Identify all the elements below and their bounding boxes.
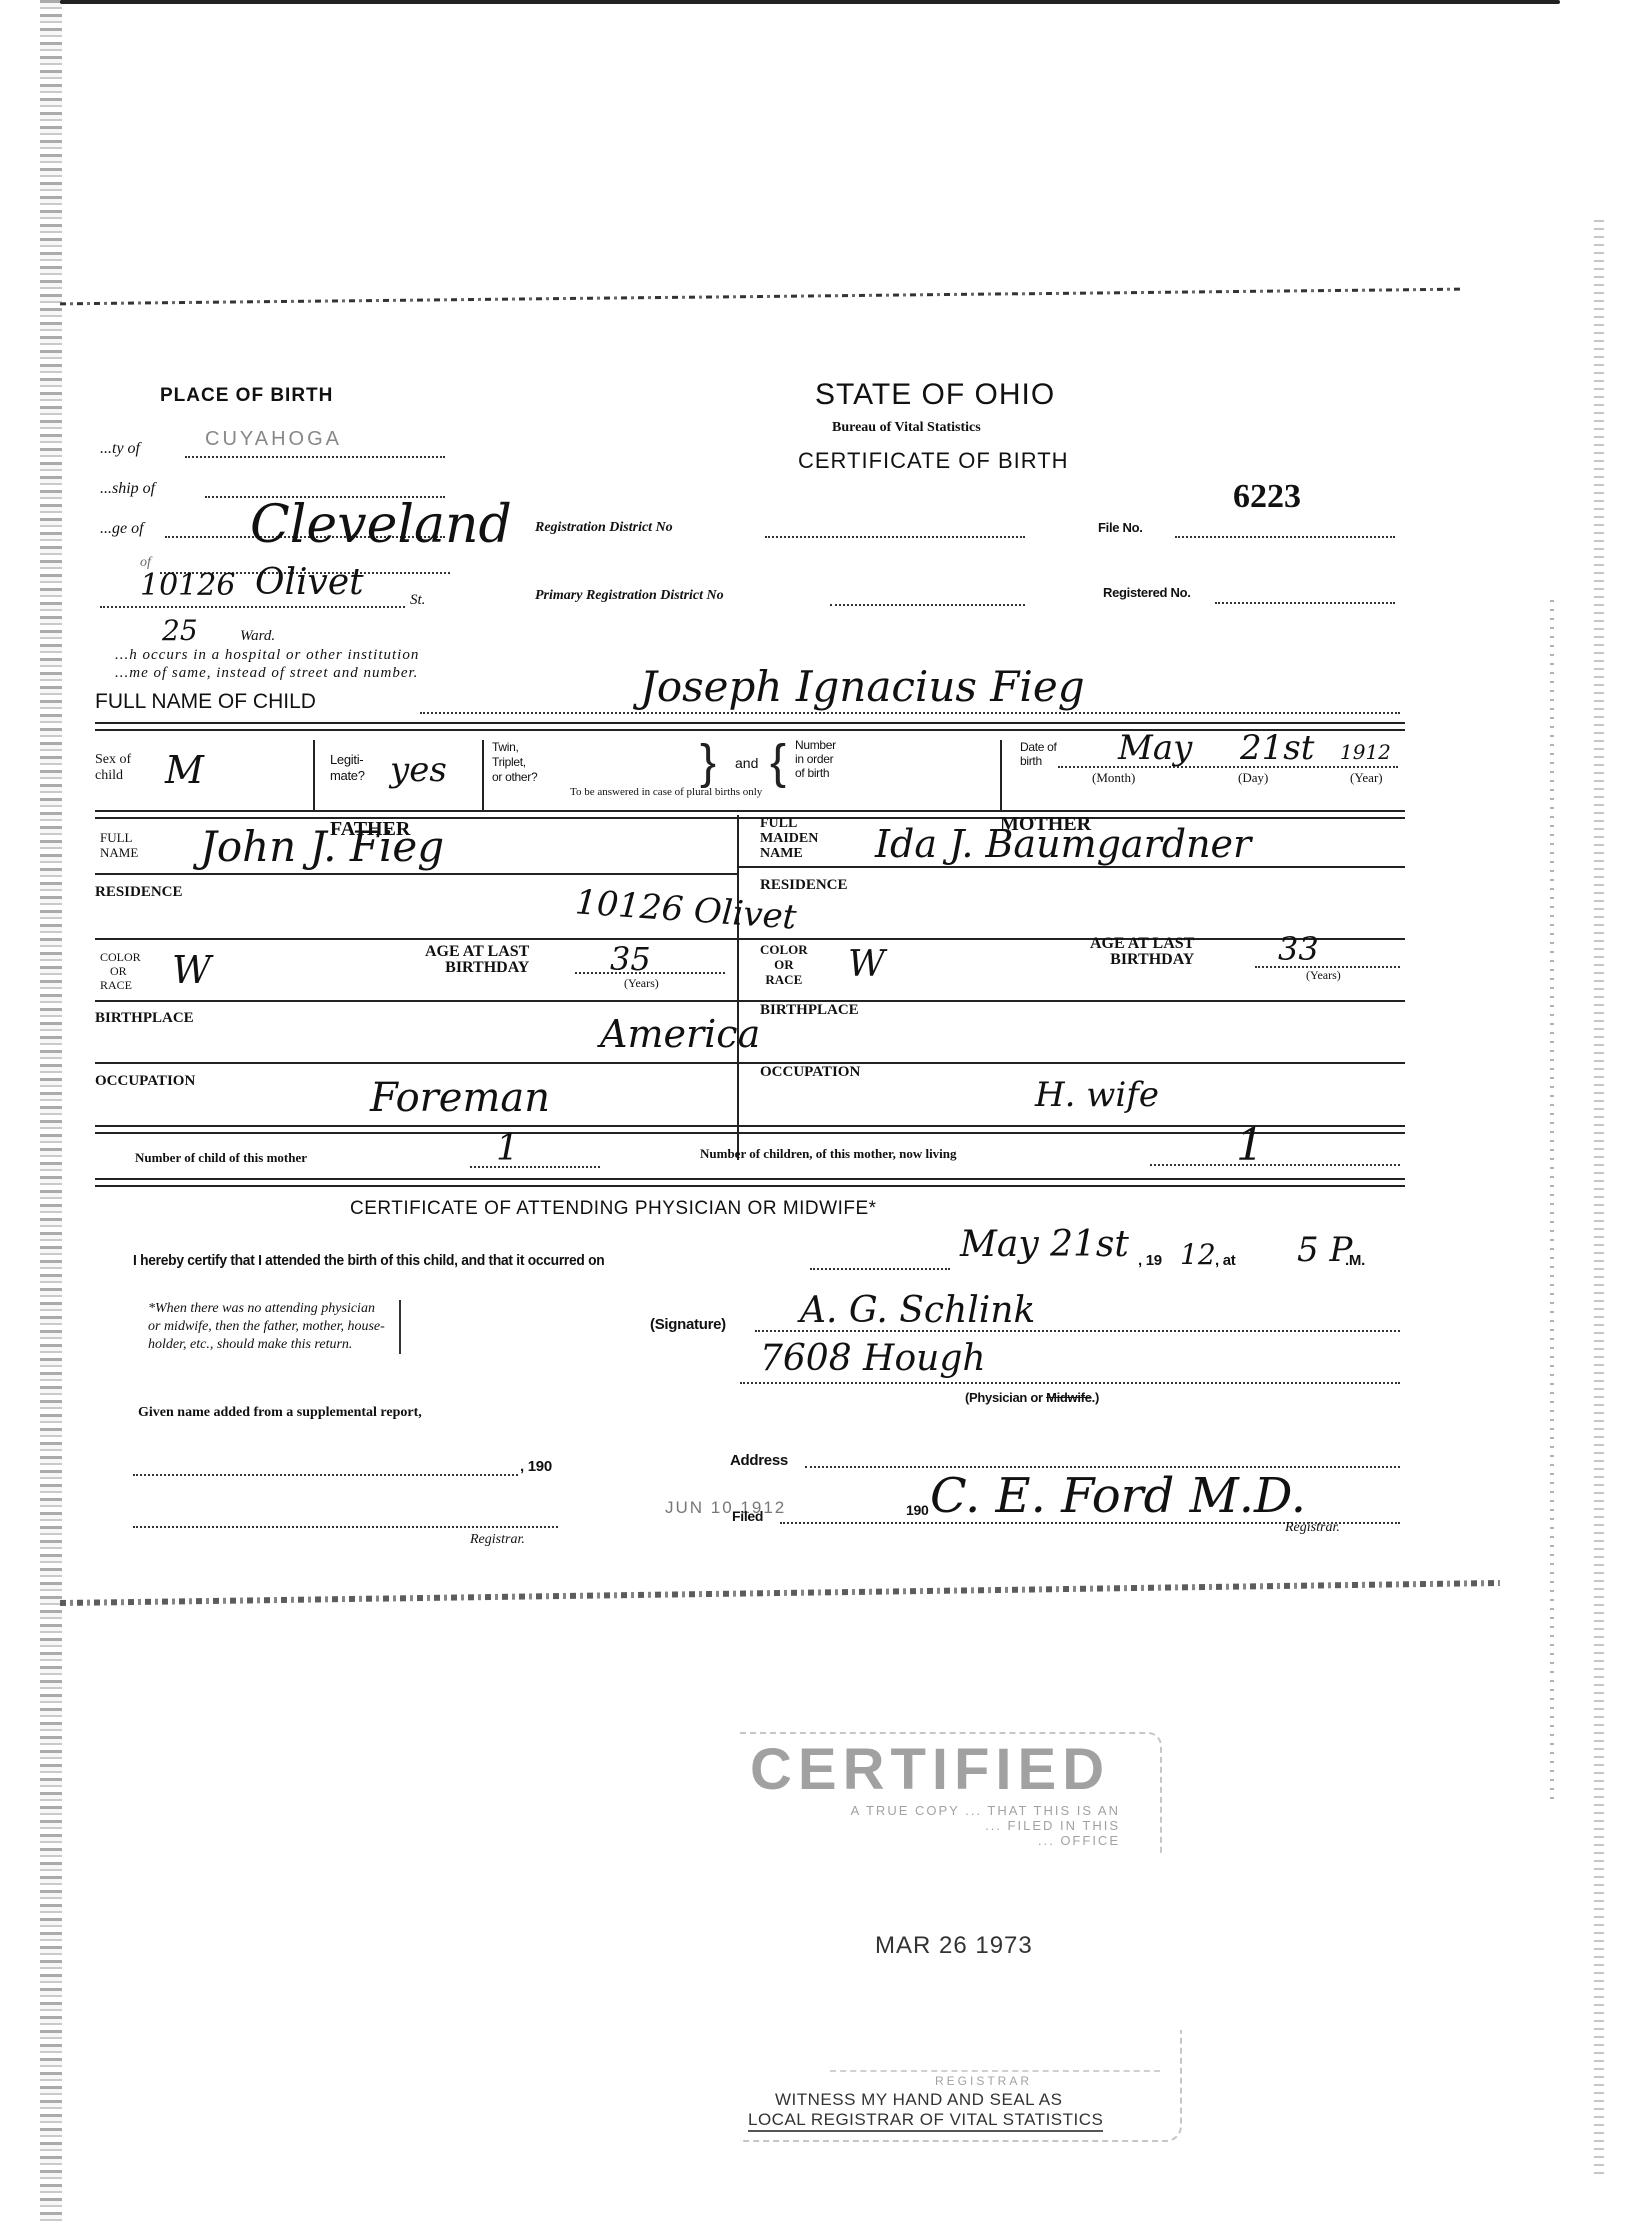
legitimate-label: Legiti- mate? (330, 752, 365, 784)
divider-child-name (95, 722, 1405, 731)
filed-year-prefix: 190 (906, 1502, 928, 1518)
address-label: Address (730, 1452, 788, 1469)
mother-color-label-line1: COLOR (760, 942, 808, 957)
dob-label: Date of birth (1020, 740, 1057, 768)
sex-label-line2: child (95, 768, 131, 784)
divider-residence (95, 938, 1405, 940)
mother-age-label-line2: BIRTHDAY (1090, 952, 1194, 968)
village-label: ...ge of (100, 520, 144, 538)
and-label: and (735, 755, 758, 771)
street-number-value: 10126 (140, 568, 235, 603)
state-title: STATE OF OHIO (815, 378, 1055, 412)
ward-label: Ward. (240, 628, 275, 645)
dob-label-line2: birth (1020, 754, 1057, 768)
primary-district-label: Primary Registration District No (535, 588, 724, 604)
divider-color (95, 1000, 1405, 1002)
mother-color-value: W (848, 944, 885, 985)
certify-year-value: 12 (1180, 1238, 1216, 1271)
child-name-label: FULL NAME OF CHILD (95, 690, 316, 714)
order-label: Number in order of birth (795, 738, 836, 780)
physician-section-title: CERTIFICATE OF ATTENDING PHYSICIAN OR MI… (350, 1198, 877, 1220)
divider-birthplace (95, 1062, 1405, 1064)
physician-caption: (Physician or Midwife.) (965, 1390, 1099, 1405)
mother-age-value: 33 (1278, 930, 1319, 968)
order-label-line3: of birth (795, 766, 836, 780)
dob-month-value: May (1118, 728, 1192, 768)
scan-right-edge-inner (1550, 600, 1554, 1800)
father-age-label: AGE AT LAST BIRTHDAY (425, 944, 529, 976)
filed-label: Filed (732, 1508, 763, 1524)
mother-color-label-line2: OR (760, 957, 808, 972)
dob-year-value: 1912 (1340, 740, 1391, 764)
physician-address-value: 7608 Hough (760, 1338, 986, 1379)
father-color-label-line2: OR (100, 964, 141, 978)
mother-color-label-line3: RACE (760, 972, 808, 987)
divider-children (95, 1178, 1405, 1187)
twin-label: Twin, Triplet, or other? (492, 740, 537, 785)
father-color-label: COLOR OR RACE (100, 950, 141, 992)
hospital-note-line2: ...me of same, instead of street and num… (115, 665, 418, 682)
father-name-label: FULL NAME (100, 830, 138, 860)
mother-birthplace-label: BIRTHPLACE (760, 1002, 859, 1019)
township-label: ...ship of (100, 480, 155, 498)
divider-child-details (95, 810, 1405, 819)
dob-day-value: 21st (1240, 728, 1314, 768)
certified-stamp-line3: ... OFFICE (740, 1833, 1160, 1848)
place-of-birth-title: PLACE OF BIRTH (160, 385, 333, 407)
children-living-field[interactable] (1150, 1160, 1400, 1166)
certify-time-suffix: .M. (1345, 1252, 1365, 1269)
certify-at-label: , at (1215, 1252, 1235, 1269)
certified-stamp-title: CERTIFIED (750, 1736, 1160, 1803)
mother-age-field[interactable] (1255, 956, 1400, 968)
dob-label-line1: Date of (1020, 740, 1057, 754)
certify-text: I hereby certify that I attended the bir… (133, 1252, 604, 1269)
file-number-value: 6223 (1233, 478, 1301, 516)
physician-caption-suffix: .) (1092, 1390, 1099, 1405)
filed-stamp-date: JUN 10 1912 (665, 1498, 786, 1518)
legitimate-label-line1: Legiti- (330, 752, 365, 768)
child-number-value: 1 (496, 1128, 519, 1169)
signature-label: (Signature) (650, 1316, 726, 1333)
certified-stamp-line2: ... FILED IN THIS (740, 1818, 1160, 1833)
street-suffix-label: St. (410, 592, 425, 609)
certified-date: MAR 26 1973 (875, 1932, 1033, 1960)
child-name-value: Joseph Ignacius Fieg (640, 662, 1085, 711)
mother-name-label-line3: NAME (760, 846, 818, 861)
legitimate-label-line2: mate? (330, 768, 365, 784)
divider-occupation (95, 1125, 1405, 1134)
no-physician-note-line3: holder, etc., should make this return. (148, 1336, 385, 1354)
father-color-label-line3: RACE (100, 978, 141, 992)
divider-legitimate (482, 740, 484, 810)
order-label-line2: in order (795, 752, 836, 766)
fold-line-top (60, 288, 1460, 306)
witness-line1: WITNESS MY HAND AND SEAL AS (775, 2090, 1062, 2110)
registrar-seal-signature-line (830, 2030, 1160, 2072)
signature-value: A. G. Schlink (800, 1290, 1035, 1331)
ward-value: 25 (162, 614, 198, 647)
registrar-seal-label: REGISTRAR (935, 2074, 1032, 2088)
witness-line2: LOCAL REGISTRAR OF VITAL STATISTICS (748, 2110, 1103, 2132)
supplemental-date-field[interactable] (133, 1470, 518, 1476)
mother-name-label-line2: MAIDEN (760, 831, 818, 846)
mother-occupation-value: H. wife (1035, 1075, 1159, 1115)
father-occupation-label: OCCUPATION (95, 1073, 195, 1090)
children-living-value: 1 (1236, 1120, 1264, 1171)
certified-stamp-line1: A TRUE COPY ... THAT THIS IS AN (740, 1803, 1160, 1818)
hospital-note-line1: ...h occurs in a hospital or other insti… (115, 647, 419, 664)
mother-name-label: FULL MAIDEN NAME (760, 816, 818, 861)
sex-value: M (165, 748, 204, 792)
father-occupation-value: Foreman (370, 1075, 550, 1121)
father-birthplace-value: America (600, 1012, 760, 1056)
father-age-caption: (Years) (624, 976, 659, 991)
file-number-field[interactable] (1175, 522, 1395, 538)
registered-number-field[interactable] (1215, 588, 1395, 604)
county-label: ...ty of (100, 440, 140, 458)
plural-births-note: To be answered in case of plural births … (570, 786, 762, 798)
mother-name-label-line1: FULL (760, 816, 818, 831)
divider-father-name (95, 873, 737, 875)
brace-right: } (700, 735, 716, 790)
month-caption: (Month) (1092, 770, 1135, 786)
physician-caption-prefix: (Physician or (965, 1390, 1043, 1405)
given-name-label: Given name added from a supplemental rep… (138, 1405, 422, 1421)
mother-color-label: COLOR OR RACE (760, 942, 808, 987)
city-value: Cleveland (250, 495, 512, 555)
father-birthplace-label: BIRTHPLACE (95, 1010, 194, 1027)
filed-registrar-label: Registrar. (1285, 1520, 1340, 1536)
fold-line-bottom (60, 1580, 1500, 1606)
no-physician-note-line2: or midwife, then the father, mother, hou… (148, 1318, 385, 1336)
mother-age-label: AGE AT LAST BIRTHDAY (1090, 936, 1194, 968)
divider-order (1000, 740, 1002, 810)
supplemental-registrar-label: Registrar. (470, 1532, 525, 1548)
twin-label-line3: or other? (492, 770, 537, 785)
certified-stamp: CERTIFIED A TRUE COPY ... THAT THIS IS A… (740, 1732, 1162, 1854)
legitimate-value: yes (390, 750, 447, 790)
primary-district-field[interactable] (830, 590, 1025, 606)
no-physician-note: *When there was no attending physician o… (148, 1300, 401, 1354)
father-name-value: John J. Fieg (200, 822, 444, 871)
twin-label-line1: Twin, (492, 740, 537, 755)
mother-age-caption: (Years) (1306, 968, 1341, 983)
day-caption: (Day) (1238, 770, 1268, 786)
file-number-label: File No. (1098, 520, 1143, 535)
registrar-signature: C. E. Ford M.D. (930, 1468, 1306, 1524)
scan-right-edge (1594, 220, 1604, 2180)
mother-age-label-line1: AGE AT LAST (1090, 936, 1194, 952)
certificate-title: CERTIFICATE OF BIRTH (798, 448, 1069, 474)
county-value: CUYAHOGA (205, 428, 342, 451)
bureau-title: Bureau of Vital Statistics (832, 420, 981, 436)
scan-top-edge (60, 0, 1560, 4)
children-living-label: Number of children, of this mother, now … (700, 1146, 957, 1162)
registered-number-label: Registered No. (1103, 585, 1191, 600)
sex-label-line1: Sex of (95, 752, 131, 768)
mother-residence-label: RESIDENCE (760, 877, 848, 894)
mother-name-value: Ida J. Baumgardner (875, 822, 1251, 866)
father-color-value: W (172, 948, 211, 992)
mother-occupation-label: OCCUPATION (760, 1064, 860, 1081)
father-age-label-line1: AGE AT LAST (425, 944, 529, 960)
certify-date-value: May 21st (960, 1224, 1129, 1265)
father-age-label-line2: BIRTHDAY (425, 960, 529, 976)
brace-left: { (770, 735, 786, 790)
father-name-label-line2: NAME (100, 845, 138, 860)
sex-label: Sex of child (95, 752, 131, 784)
physician-caption-struck: Midwife (1046, 1390, 1092, 1405)
supplemental-registrar-field[interactable] (133, 1522, 558, 1528)
scan-left-edge (40, 0, 62, 2224)
father-residence-label: RESIDENCE (95, 884, 183, 901)
no-physician-note-line1: *When there was no attending physician (148, 1300, 385, 1318)
order-label-line1: Number (795, 738, 836, 752)
twin-label-line2: Triplet, (492, 755, 537, 770)
father-age-value: 35 (610, 940, 651, 978)
certify-date-field[interactable] (810, 1264, 950, 1270)
registration-district-label: Registration District No (535, 520, 673, 536)
father-name-label-line1: FULL (100, 830, 138, 845)
father-color-label-line1: COLOR (100, 950, 141, 964)
child-number-field[interactable] (470, 1162, 600, 1168)
certify-year-prefix: , 19 (1138, 1252, 1162, 1269)
registration-district-field[interactable] (765, 522, 1025, 538)
divider-sex (313, 740, 315, 810)
child-number-label: Number of child of this mother (135, 1150, 307, 1166)
divider-mother-name (737, 866, 1405, 868)
year-caption: (Year) (1350, 770, 1383, 786)
street-name-value: Olivet (255, 562, 364, 603)
supplemental-date-suffix: , 190 (520, 1458, 552, 1475)
